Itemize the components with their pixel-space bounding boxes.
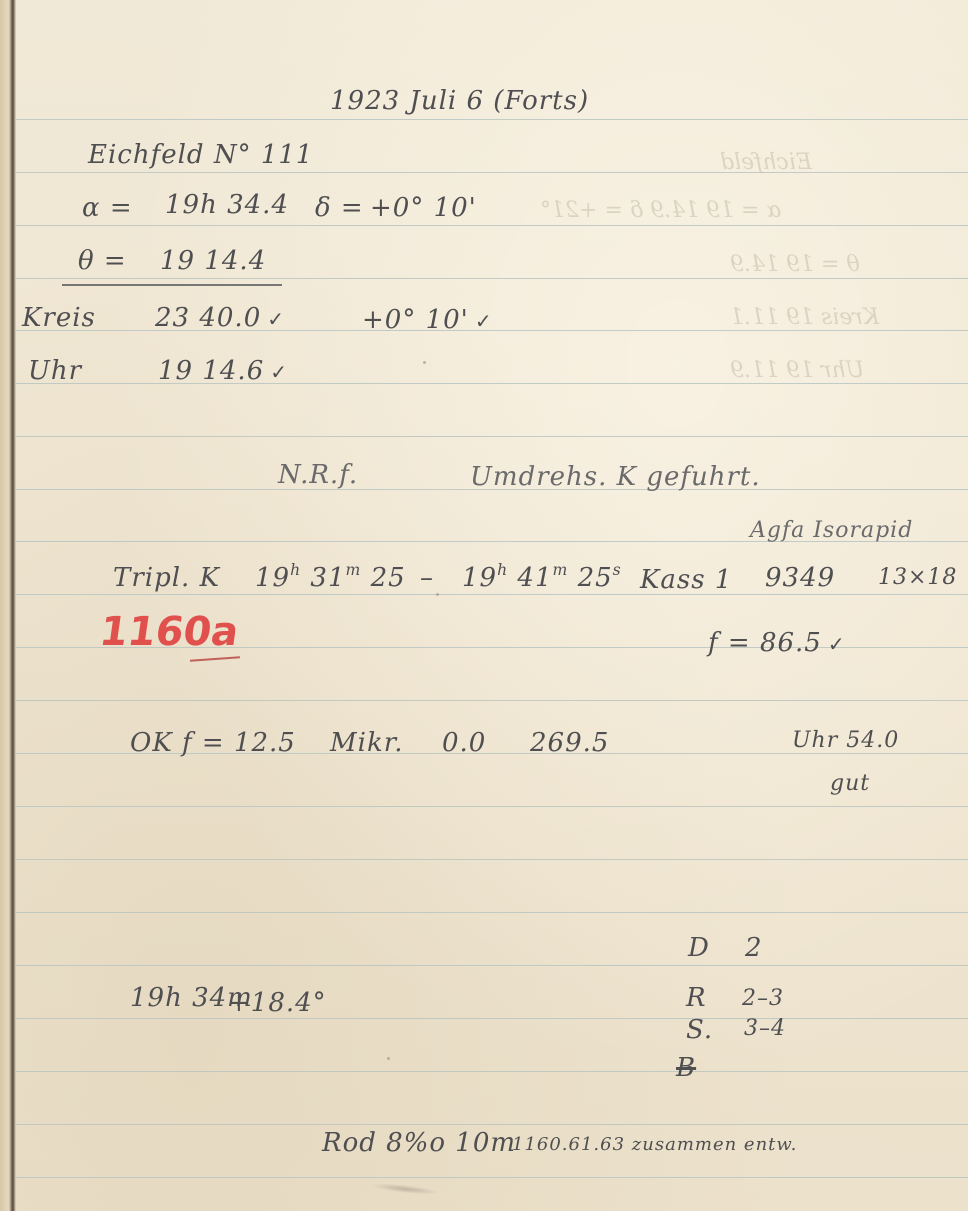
nrf-label: N.R.f.	[278, 462, 358, 488]
plates-developed-note: 1160.61.63 zusammen entw.	[512, 1136, 797, 1154]
focus-value: f = 86.5✓	[708, 630, 846, 656]
end-minutes: 41	[517, 563, 552, 593]
pencil-smudge	[370, 1181, 440, 1196]
theta-value: 19 14.4	[160, 248, 266, 274]
paper-speck	[387, 1057, 390, 1060]
uhr-time-value: 19 14.6	[158, 356, 264, 386]
kreis-time-value: 23 40.0	[155, 303, 261, 333]
bleed-through-text: Uhr 19 11.9	[730, 358, 864, 383]
bleed-through-text: Eichfeld	[720, 150, 812, 175]
note-text: Umdrehs. K gefuhrt.	[470, 464, 761, 490]
paper-speck	[436, 593, 439, 596]
start-seconds: 25	[371, 563, 406, 593]
condition-key-d: D	[688, 935, 710, 961]
cassette: Kass 1	[640, 567, 732, 593]
angle-value: 269.5	[530, 730, 609, 756]
ruled-line	[16, 436, 968, 437]
camera-label: Tripl. K	[113, 565, 220, 591]
ruled-line	[16, 172, 968, 173]
mikr-value: 0.0	[442, 730, 486, 756]
end-seconds: 25	[578, 563, 613, 593]
kreis-label: Kreis	[22, 305, 96, 331]
notebook-page: Eichfeld α = 19 14.9 δ = +21° θ = 19 14.…	[0, 0, 968, 1211]
bleed-through-text: Kreis 19 11.1	[730, 305, 879, 330]
kreis-decl-value: +0° 10'	[362, 305, 469, 335]
checkmark-icon: ✓	[267, 309, 285, 329]
ruled-line	[16, 912, 968, 913]
red-underline	[190, 656, 240, 661]
paper-speck	[423, 361, 426, 364]
focus-text: f = 86.5	[708, 628, 822, 658]
checkmark-icon: ✓	[475, 311, 493, 331]
mikr-label: Mikr.	[330, 730, 404, 756]
exposure-end: 19h 41m 25s	[462, 565, 622, 591]
ruled-line	[16, 1071, 968, 1072]
uhr-label: Uhr	[28, 358, 82, 384]
kreis-time: 23 40.0✓	[155, 305, 285, 331]
checkmark-icon: ✓	[270, 362, 288, 382]
page-binding	[0, 0, 16, 1211]
uhr-time: 19 14.6✓	[158, 358, 288, 384]
ruled-line	[16, 700, 968, 701]
ocular-focus: OK f = 12.5	[130, 730, 296, 756]
delta-value: +0° 10'	[370, 195, 477, 221]
condition-key-r: R	[686, 985, 707, 1011]
field-label: Eichfeld N° 111	[88, 142, 313, 168]
bleed-through-text: α = 19 14.9 δ = +21°	[540, 198, 781, 223]
struck-through-mark: B	[676, 1055, 696, 1081]
ruled-line	[16, 1177, 968, 1178]
plate-number: 9349	[765, 565, 835, 591]
plate-size: 13×18	[878, 567, 957, 589]
bleed-through-text: θ = 19 14.9	[730, 252, 860, 277]
gut-note: gut	[830, 773, 870, 795]
ruled-line	[16, 965, 968, 966]
ruled-line	[16, 1124, 968, 1125]
ruled-line	[16, 278, 968, 279]
altitude: +18.4°	[228, 990, 327, 1016]
condition-value-d: 2	[745, 935, 763, 961]
alpha-label: α =	[82, 195, 133, 221]
plate-number-red: 1160a	[97, 612, 241, 652]
start-minutes: 31	[310, 563, 345, 593]
entry-date: 1923 Juli 6 (Forts)	[330, 88, 589, 114]
condition-value-r: 2–3	[742, 988, 784, 1010]
exposure-start: 19h 31m 25	[255, 565, 406, 591]
delta-label: δ =	[315, 195, 364, 221]
checkmark-icon: ✓	[828, 634, 846, 654]
exposure-dash: –	[420, 565, 434, 591]
condition-value-s: 3–4	[744, 1018, 786, 1040]
ruled-line	[16, 119, 968, 120]
end-hours: 19	[462, 563, 497, 593]
ruled-line	[16, 1018, 968, 1019]
rod-note: Rod 8%o 10m	[322, 1130, 516, 1156]
start-hours: 19	[255, 563, 290, 593]
ruled-line	[16, 225, 968, 226]
uhr-note: Uhr 54.0	[792, 730, 899, 752]
ruled-line	[16, 806, 968, 807]
alpha-value: 19h 34.4	[165, 192, 289, 218]
ruled-line	[16, 594, 968, 595]
ruled-line	[16, 859, 968, 860]
theta-underline	[62, 284, 282, 286]
kreis-decl: +0° 10'✓	[362, 307, 493, 333]
condition-key-s: S.	[686, 1017, 713, 1043]
theta-label: θ =	[78, 248, 127, 274]
plate-type: Agfa Isorapid	[750, 520, 913, 542]
